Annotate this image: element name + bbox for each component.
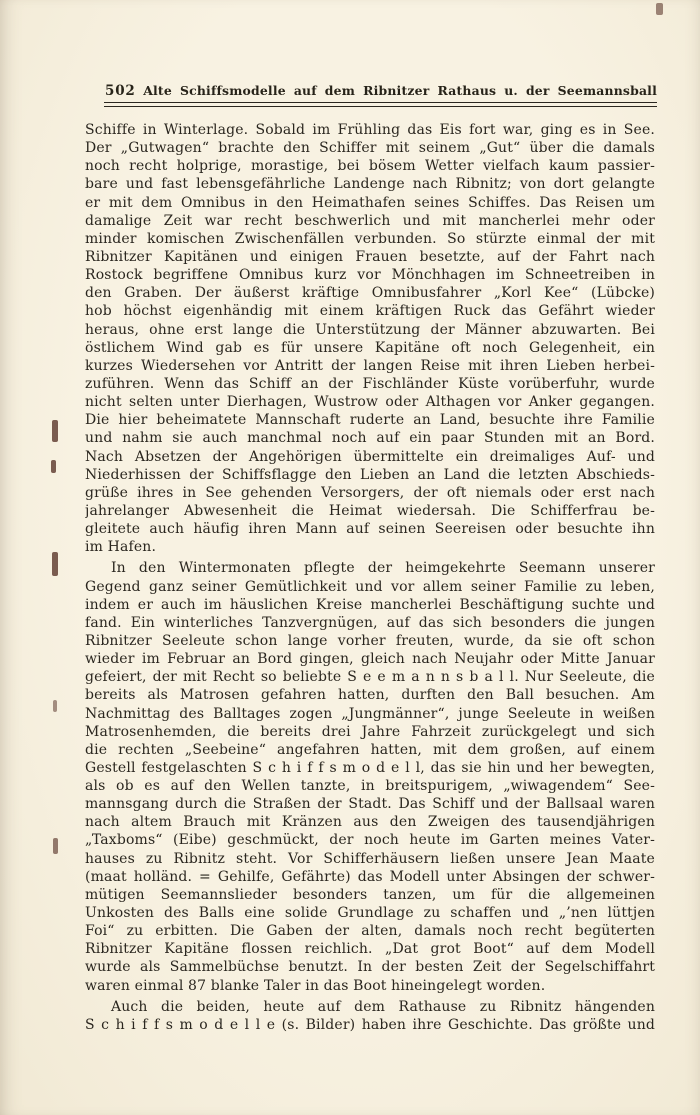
text-line: Ribnitzer Seeleute schon lange vorher fr…: [85, 632, 655, 650]
text-line: wurde als Sammelbüchse benutzt. In der b…: [85, 958, 655, 976]
text-line: Schiffe in Winterlage. Sobald im Frühlin…: [85, 121, 655, 139]
text-line: grüße ihres in See gehenden Versorgers, …: [85, 484, 655, 502]
text-line: er mit dem Omnibus in den Heimathafen se…: [85, 194, 655, 212]
text-line: Nachmittag des Balltages zogen „Jungmänn…: [85, 705, 655, 723]
text-line: bare und fast lebensgefährliche Landenge…: [85, 175, 655, 193]
scan-artifact: [52, 420, 58, 442]
text-line: und nahm sie auch manchmal noch auf ein …: [85, 429, 655, 447]
scan-artifact: [51, 460, 56, 473]
text-line: Ribnitzer Kapitänen und einigen Frauen b…: [85, 248, 655, 266]
paragraph: Schiffe in Winterlage. Sobald im Frühlin…: [85, 121, 655, 556]
text-line: nicht selten unter Dierhagen, Wustrow od…: [85, 393, 655, 411]
text-line: indem er auch im häuslichen Kreise manch…: [85, 596, 655, 614]
text-line: Matrosenhemden, die bereits drei Jahre F…: [85, 723, 655, 741]
text-line: Gegend ganz seiner Gemütlichkeit und vor…: [85, 578, 655, 596]
text-line: hob höchst eigenhändig mit einem kräftig…: [85, 302, 655, 320]
text-line: gleitete auch häufig ihren Mann auf sein…: [85, 520, 655, 538]
text-line: als ob es auf den Wellen tanzte, in brei…: [85, 777, 655, 795]
page-header: 502 Alte Schiffsmodelle auf dem Ribnitze…: [105, 83, 657, 99]
text-line: fand. Ein winterliches Tanzvergnügen, au…: [85, 614, 655, 632]
text-line: jahrelanger Abwesenheit die Heimat wiede…: [85, 502, 655, 520]
text-line: im Hafen.: [85, 538, 655, 556]
text-line: östlichem Wind gab es für unsere Kapitän…: [85, 339, 655, 357]
header-rule: [104, 102, 657, 107]
text-line: (maat holländ. = Gehilfe, Gefährte) das …: [85, 868, 655, 886]
text-line: Niederhissen der Schiffsflagge den Liebe…: [85, 466, 655, 484]
text-line: Der „Gutwagen“ brachte den Schiffer mit …: [85, 139, 655, 157]
text-line: In den Wintermonaten pflegte der heimgek…: [85, 559, 655, 577]
paragraph: Auch die beiden, heute auf dem Rathause …: [85, 998, 655, 1034]
book-page: 502 Alte Schiffsmodelle auf dem Ribnitze…: [0, 0, 700, 1115]
text-line: damalige Zeit war recht beschwerlich und…: [85, 212, 655, 230]
text-line: Auch die beiden, heute auf dem Rathause …: [85, 998, 655, 1016]
text-line: heraus, ohne erst lange die Unterstützun…: [85, 321, 655, 339]
text-line: die rechten „Seebeine“ angefahren hatten…: [85, 741, 655, 759]
text-line: hauses zu Ribnitz steht. Vor Schifferhäu…: [85, 850, 655, 868]
text-line: minder komischen Zwischenfällen verbunde…: [85, 230, 655, 248]
text-line: waren einmal 87 blanke Taler in das Boot…: [85, 977, 655, 995]
text-line: mannsgang durch die Straßen der Stadt. D…: [85, 795, 655, 813]
text-line: nach altem Brauch mit Kränzen aus den Zw…: [85, 813, 655, 831]
scan-artifact: [53, 700, 57, 712]
page-body: Schiffe in Winterlage. Sobald im Frühlin…: [85, 121, 655, 1034]
text-line: kurzes Wiedersehen vor Antritt der lange…: [85, 357, 655, 375]
text-line: Rostock begriffene Omnibus kurz vor Mönc…: [85, 266, 655, 284]
scan-artifact: [53, 838, 58, 854]
text-line: Ribnitzer Kapitäne flossen reichlich. „D…: [85, 940, 655, 958]
text-line: noch recht holprige, morastige, bei böse…: [85, 157, 655, 175]
running-title: Alte Schiffsmodelle auf dem Ribnitzer Ra…: [143, 83, 657, 98]
text-line: Unkosten des Balls eine solide Grundlage…: [85, 904, 655, 922]
text-line: Gestell festgelaschten S c h i f f s m o…: [85, 759, 655, 777]
text-line: zuführen. Wenn das Schiff an der Fischlä…: [85, 375, 655, 393]
text-line: Nach Absetzen der Angehörigen übermittel…: [85, 448, 655, 466]
text-line: den Graben. Der äußerst kräftige Omnibus…: [85, 284, 655, 302]
text-line: bereits als Matrosen gefahren hatten, du…: [85, 686, 655, 704]
scan-artifact: [52, 552, 58, 576]
text-line: mütigen Seemannslieder besonders tanzen,…: [85, 886, 655, 904]
text-line: „Taxboms“ (Eibe) geschmückt, der noch he…: [85, 831, 655, 849]
text-line: Foi“ zu erbitten. Die Gaben der alten, d…: [85, 922, 655, 940]
text-line: Die hier beheimatete Mannschaft ruderte …: [85, 411, 655, 429]
text-line: S c h i f f s m o d e l l e (s. Bilder) …: [85, 1016, 655, 1034]
page-number: 502: [105, 83, 143, 99]
text-line: gefeiert, der mit Recht so beliebte S e …: [85, 668, 655, 686]
text-line: wieder im Februar an Bord gingen, gleich…: [85, 650, 655, 668]
paragraph: In den Wintermonaten pflegte der heimgek…: [85, 559, 655, 994]
scan-artifact: [656, 3, 663, 15]
